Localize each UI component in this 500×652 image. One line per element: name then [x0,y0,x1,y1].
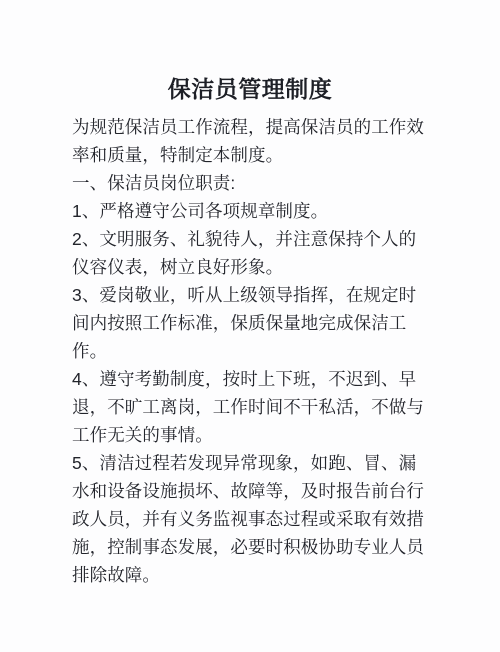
document-title: 保洁员管理制度 [0,0,500,104]
text-line: 率和质量，特制定本制度。 [72,141,428,169]
text-line: 退，不旷工离岗，工作时间不干私活，不做与 [72,393,428,421]
text-line: 5、清洁过程若发现异常现象，如跑、冒、漏 [72,449,428,477]
text-line: 政人员，并有义务监视事态过程或采取有效措 [72,505,428,533]
text-line: 3、爱岗敬业，听从上级领导指挥，在规定时 [72,281,428,309]
text-line: 水和设备设施损坏、故障等，及时报告前台行 [72,477,428,505]
document-body: 为规范保洁员工作流程，提高保洁员的工作效率和质量，特制定本制度。一、保洁员岗位职… [72,113,428,589]
text-line: 工作无关的事情。 [72,421,428,449]
text-line: 为规范保洁员工作流程，提高保洁员的工作效 [72,113,428,141]
text-line: 一、保洁员岗位职责: [72,169,428,197]
document-page: 保洁员管理制度 为规范保洁员工作流程，提高保洁员的工作效率和质量，特制定本制度。… [0,0,500,652]
text-line: 4、遵守考勤制度，按时上下班，不迟到、早 [72,365,428,393]
text-line: 施，控制事态发展，必要时积极协助专业人员 [72,533,428,561]
text-line: 排除故障。 [72,561,428,589]
text-line: 间内按照工作标准，保质保量地完成保洁工 [72,309,428,337]
text-line: 1、严格遵守公司各项规章制度。 [72,197,428,225]
text-line: 作。 [72,337,428,365]
text-line: 仪容仪表，树立良好形象。 [72,253,428,281]
text-line: 2、文明服务、礼貌待人，并注意保持个人的 [72,225,428,253]
